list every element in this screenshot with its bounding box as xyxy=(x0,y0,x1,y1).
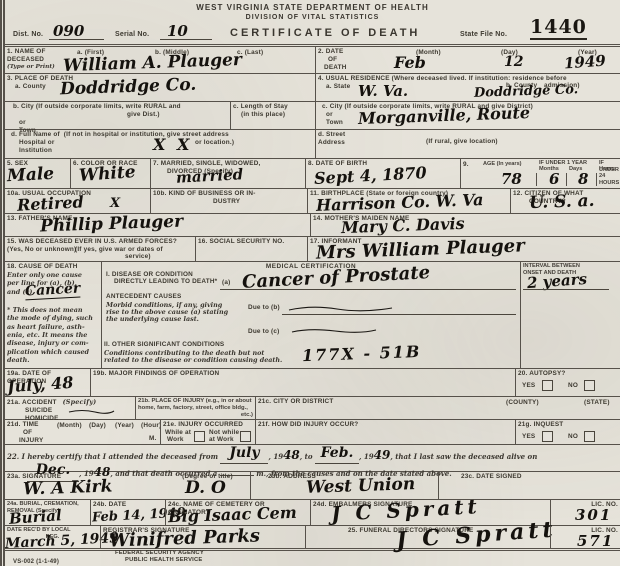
field-age: 9. AGE (In years) IF UNDER 1 YEAR Months… xyxy=(460,159,620,188)
certificate-title: CERTIFICATE OF DEATH xyxy=(230,27,420,39)
field-marital-status: 7. MARRIED, SINGLE, WIDOWED, DIVORCED (S… xyxy=(150,159,305,188)
field-injury-city-district: 21c. CITY OR DISTRICT (COUNTY) (STATE) xyxy=(255,397,620,419)
race-value: White xyxy=(78,162,136,186)
physician-address-value: West Union xyxy=(306,474,416,498)
due-to-b-label: Due to (b) xyxy=(248,304,280,312)
attended-from-value: July xyxy=(229,445,259,461)
field-cause-of-death: 18. CAUSE OF DEATH Enter only one cause … xyxy=(5,262,101,368)
field-funeral-director-signature: 25. FUNERAL DIRECTORS SIGNATURE J C Spra… xyxy=(305,526,550,548)
injury-county-label: (COUNTY) xyxy=(506,399,539,407)
inquest-no-checkbox xyxy=(584,431,595,442)
cause-code-value: 177X - 51B xyxy=(302,342,422,365)
field-physician-signature: 23a. SIGNATURE W. A Kirk xyxy=(5,472,165,499)
medical-certification: MEDICAL CERTIFICATION I. DISEASE OR COND… xyxy=(101,262,520,368)
occupation-value: Retired xyxy=(17,192,85,214)
form-number: VS-002 (1-1-49) xyxy=(13,550,59,566)
death-county-value: Doddridge Co. xyxy=(60,75,197,100)
age-years-value: 78 xyxy=(501,170,522,188)
field-hospital: d. Full Name of (If not in hospital or i… xyxy=(5,130,315,158)
field-informant: 17. INFORMANT Mrs William Plauger xyxy=(307,237,620,261)
death-day-value: 12 xyxy=(504,54,523,70)
field-sex: 5. SEX Male xyxy=(5,159,70,188)
cemetery-value: Big Isaac Cem xyxy=(168,503,297,526)
state-file-label: State File No. xyxy=(460,31,507,40)
due-to-c-label: Due to (c) xyxy=(248,328,279,336)
field-time-of-injury: 21d. TIME OF INJURY (Month) (Day) (Year)… xyxy=(5,420,160,444)
field-physician-address: 23b. ADDRESS West Union xyxy=(250,472,438,499)
residence-state-value: W. Va. xyxy=(358,82,408,100)
inquest-yes-checkbox xyxy=(542,431,553,442)
field-name-of-deceased: 1. NAME OF DECEASED (Type or Print) a. (… xyxy=(5,47,315,73)
sex-value: Male xyxy=(7,164,55,186)
state-file-number: 1440 xyxy=(530,16,587,40)
operation-date-value: July, 48 xyxy=(6,373,74,397)
field-death-city: b. City (If outside corporate limits, wr… xyxy=(5,102,230,129)
field-place-of-death-county: 3. PLACE OF DEATH a. County Doddridge Co… xyxy=(5,74,315,101)
serial-no-label: Serial No. xyxy=(115,31,149,40)
field-burial-type: 24a. BURIAL, CREMATION, REMOVAL (Specify… xyxy=(5,500,90,525)
scribble-line-c xyxy=(290,326,380,336)
certificate-body: 1. NAME OF DECEASED (Type or Print) a. (… xyxy=(5,44,620,551)
field-registrar-signature: REGISTRAR'S SIGNATURE Winifred Parks xyxy=(100,526,305,548)
field-autopsy: 20. AUTOPSY? YES NO xyxy=(515,369,620,396)
serial-no-value: 10 xyxy=(167,22,188,40)
marital-value: married xyxy=(176,165,244,186)
embalmer-license-value: 301 xyxy=(575,506,612,524)
field-certify-statement: 22. I hereby certify that I attended the… xyxy=(5,445,620,471)
field-degree-or-title: (Degree or title) D. O xyxy=(165,472,250,499)
field-injury-occurred: 21e. INJURY OCCURRED While at Work Not w… xyxy=(160,420,255,444)
degree-value: D. O xyxy=(185,478,226,498)
citizen-value: U. S. a. xyxy=(529,191,595,213)
field-date-of-operation: 19a. DATE OF OPERATION July, 48 xyxy=(5,369,90,396)
field-citizen: 12. CITIZEN OF WHAT COUNTRY? U. S. a. xyxy=(510,189,620,213)
field-burial-date: 24b. DATE Feb 14, 1949 xyxy=(90,500,165,525)
residence-county-value: Doddridge Co. xyxy=(474,82,579,101)
field-major-findings: 19b. MAJOR FINDINGS OF OPERATION xyxy=(90,369,515,396)
field-color-or-race: 6. COLOR OR RACE White xyxy=(70,159,150,188)
father-name-value: Phillip Plauger xyxy=(40,212,184,237)
field-mothers-maiden-name: 14. MOTHER'S MAIDEN NAME Mary C. Davis xyxy=(310,214,620,236)
field-usual-occupation: 10a. USUAL OCCUPATION Retired X xyxy=(5,189,150,213)
mother-name-value: Mary C. Davis xyxy=(341,214,465,237)
occupation-x-mark: X xyxy=(110,196,120,211)
field-date-received: DATE REC'D BY LOCAL REG. March 5, 1949 xyxy=(5,526,100,548)
division-title: DIVISION OF VITAL STATISTICS xyxy=(5,14,620,21)
while-at-work-checkbox xyxy=(194,431,205,442)
field-cemetery-name: 24c. NAME OF CEMETERY OR CREMATORY Big I… xyxy=(165,500,310,525)
death-year-value: 1949 xyxy=(563,52,606,73)
field-usual-residence: 4. USUAL RESIDENCE (Where deceased lived… xyxy=(315,74,620,101)
age-months-value: 6 xyxy=(549,170,559,188)
death-certificate: WEST VIRGINIA STATE DEPARTMENT OF HEALTH… xyxy=(0,0,620,566)
field-funeral-director-license: LIC. NO. 571 xyxy=(550,526,620,548)
autopsy-no-checkbox xyxy=(584,380,595,391)
field-kind-of-business: 10b. KIND OF BUSINESS OR IN- DUSTRY xyxy=(150,189,307,213)
field-birthplace: 11. BIRTHPLACE (State or foreign country… xyxy=(307,189,510,213)
cause-summary-value: Cancer xyxy=(25,281,81,301)
field-date-of-birth: 8. DATE OF BIRTH Sept 4, 1870 xyxy=(305,159,460,188)
field-fathers-name: 13. FATHER'S NAME Phillip Plauger xyxy=(5,214,310,236)
field-street-address: d. Street Address (If rural, give locati… xyxy=(315,130,620,158)
certificate-header: WEST VIRGINIA STATE DEPARTMENT OF HEALTH… xyxy=(5,0,620,44)
field-embalmer-license: LIC. NO. 301 xyxy=(550,500,620,525)
autopsy-yes-checkbox xyxy=(542,380,553,391)
department-title: WEST VIRGINIA STATE DEPARTMENT OF HEALTH xyxy=(5,3,620,12)
hospital-value: X X xyxy=(153,135,192,154)
physician-signature-value: W. A Kirk xyxy=(23,476,113,499)
scribble-line-b xyxy=(287,304,397,314)
field-social-security: 16. SOCIAL SECURITY NO. xyxy=(195,237,307,261)
attended-to-value: Feb. xyxy=(321,445,354,461)
dist-no-value: 090 xyxy=(53,22,84,40)
agency-footer: FEDERAL SECURITY AGENCY PUBLIC HEALTH SE… xyxy=(115,550,204,564)
field-how-injury-occurred: 21f. HOW DID INJURY OCCUR? xyxy=(255,420,515,444)
burial-value: Burial xyxy=(8,506,62,528)
field-accident-suicide-homicide: 21a. ACCIDENT (Specify) SUICIDE HOMICIDE xyxy=(5,397,135,419)
field-date-of-death: 2. DATE OF DEATH (Month) (Day) (Year) Fe… xyxy=(315,47,620,73)
field-place-of-injury: 21b. PLACE OF INJURY (e.g., in or about … xyxy=(135,397,255,419)
field-residence-city: c. City (If outside corporate limits, wr… xyxy=(315,102,620,129)
injury-state-label: (STATE) xyxy=(584,399,610,407)
registrar-signature-value: Winifred Parks xyxy=(109,525,261,551)
field-armed-forces: 15. WAS DECEASED EVER IN U.S. ARMED FORC… xyxy=(5,237,195,261)
scribble-line-accident xyxy=(67,408,117,416)
not-at-work-checkbox xyxy=(240,431,251,442)
dist-no-label: Dist. No. xyxy=(13,31,43,40)
field-inquest: 21g. INQUEST YES NO xyxy=(515,420,620,444)
funeral-license-value: 571 xyxy=(577,532,614,550)
field-interval-onset-death: INTERVAL BETWEEN ONSET AND DEATH 2 years xyxy=(520,262,620,368)
field-length-of-stay: c. Length of Stay (in this place) xyxy=(230,102,315,129)
death-month-value: Feb xyxy=(394,53,426,72)
age-days-value: 8 xyxy=(578,170,588,188)
